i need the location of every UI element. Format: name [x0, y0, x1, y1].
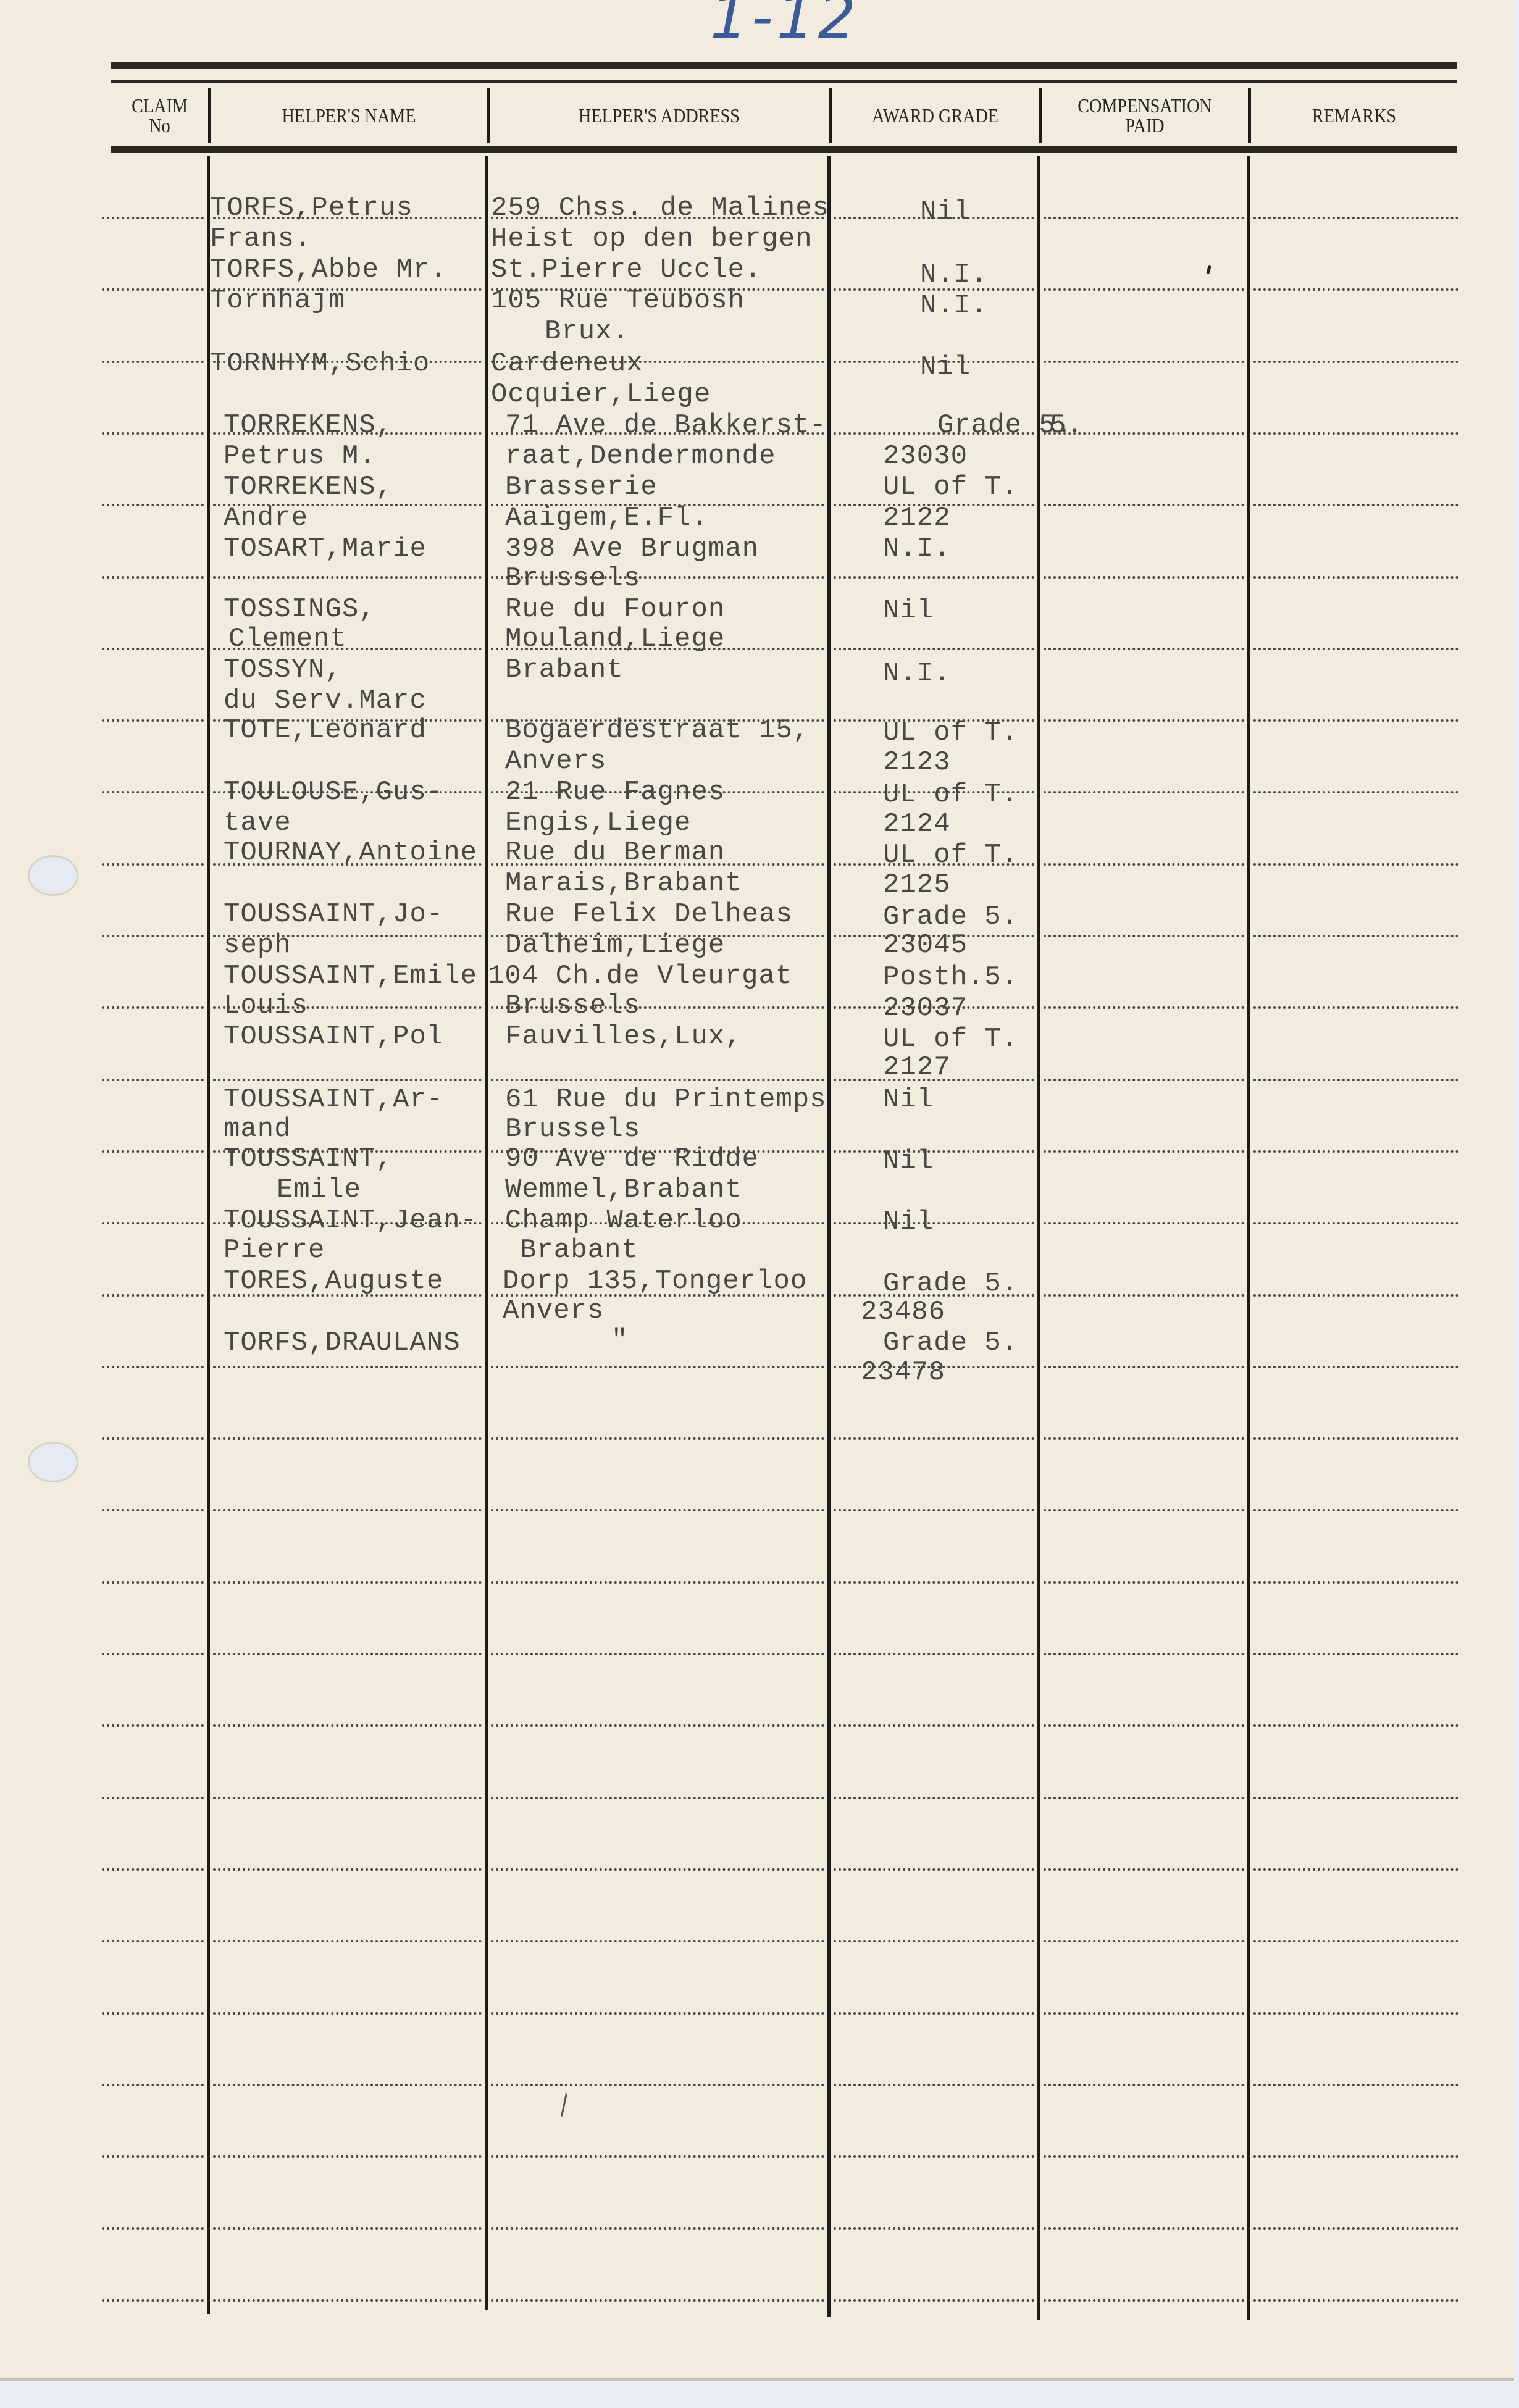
entry-award: 23030 — [883, 441, 968, 472]
row-dotted-line — [1044, 2155, 1244, 2158]
entry-award: Grade 5. — [883, 1268, 1018, 1299]
row-dotted-line — [1044, 863, 1244, 866]
row-dotted-line — [1044, 2227, 1244, 2230]
row-dotted-line — [1044, 1006, 1244, 1009]
row-dotted-line — [834, 1150, 1034, 1153]
row-dotted-line — [1253, 935, 1458, 937]
row-dotted-line — [1253, 863, 1458, 866]
row-dotted-line — [834, 2012, 1034, 2015]
row-dotted-line — [491, 1079, 824, 1081]
row-dotted-line — [1253, 1653, 1458, 1655]
row-dotted-line — [1044, 1797, 1244, 1799]
row-dotted-line — [1044, 2299, 1244, 2302]
entry-address: Dalheim,Liege — [505, 930, 725, 961]
entry-name: Tornhajm — [210, 285, 345, 316]
row-dotted-line — [102, 2155, 204, 2158]
row-dotted-line — [1044, 1366, 1244, 1368]
entry-address: raat,Dendermonde — [505, 441, 776, 472]
header-helper-name: HELPER'S NAME — [228, 85, 470, 146]
entry-address: Brussels — [505, 990, 640, 1021]
row-dotted-line — [1044, 1150, 1244, 1153]
row-dotted-line — [1044, 1653, 1244, 1655]
row-dotted-line — [102, 1150, 204, 1153]
row-dotted-line — [1253, 1079, 1458, 1081]
row-dotted-line — [1044, 2084, 1244, 2086]
row-dotted-line — [1253, 1150, 1458, 1153]
entry-name: Pierre — [224, 1235, 325, 1266]
row-dotted-line — [834, 1222, 1034, 1224]
row-dotted-line — [1253, 1940, 1458, 1942]
header-claim-no: CLAIM No — [117, 85, 202, 146]
entry-address: Brabant — [520, 1235, 638, 1266]
row-dotted-line — [1253, 1868, 1458, 1871]
entry-address: Brussels — [505, 563, 640, 594]
row-dotted-line — [102, 361, 204, 363]
row-dotted-line — [834, 2299, 1034, 2302]
entry-address: Heist op den bergen — [491, 224, 813, 254]
row-dotted-line — [491, 2012, 824, 2015]
entry-address: Ocquier,Liege — [491, 379, 711, 410]
entry-award: 23037 — [883, 993, 968, 1024]
entry-address: Fauvilles,Lux, — [505, 1021, 742, 1052]
entry-name: TOUSSAINT,Jean- — [224, 1205, 477, 1236]
header-compensation-sub: PAID — [1125, 115, 1164, 135]
entry-name: TORREKENS, — [224, 472, 393, 503]
entry-name: TOUSSAINT,Emile — [224, 961, 477, 992]
row-dotted-line — [213, 576, 482, 579]
header-award-grade: AWARD GRADE — [844, 85, 1026, 146]
row-dotted-line — [102, 1653, 204, 1655]
row-dotted-line — [213, 2084, 482, 2086]
entry-award: Nil — [920, 196, 971, 227]
row-dotted-line — [102, 1581, 204, 1584]
entry-address: Brux. — [545, 316, 629, 347]
row-dotted-line — [213, 1581, 482, 1584]
row-dotted-line — [102, 2084, 204, 2086]
entry-award: Nil — [883, 595, 934, 626]
header-divider-2 — [487, 88, 490, 143]
row-dotted-line — [102, 791, 204, 793]
row-dotted-line — [102, 863, 204, 866]
header-divider-5 — [1248, 88, 1251, 143]
entry-address: Bogaerdestraat 15, — [505, 715, 810, 746]
row-dotted-line — [102, 1724, 204, 1727]
column-line-5 — [1247, 156, 1250, 2320]
entry-name: seph — [224, 930, 291, 961]
header-claim-label: CLAIM — [132, 96, 188, 115]
header-compensation-label: COMPENSATION — [1078, 96, 1211, 115]
row-dotted-line — [1044, 2012, 1244, 2015]
row-dotted-line — [1253, 361, 1458, 363]
row-dotted-line — [213, 1509, 482, 1511]
entry-award: 2124 — [883, 809, 951, 840]
row-dotted-line — [491, 1940, 824, 1942]
row-dotted-line — [834, 1581, 1034, 1584]
row-dotted-line — [213, 1079, 482, 1081]
entry-award: Nil — [883, 1146, 934, 1177]
row-dotted-line — [1044, 576, 1244, 579]
entry-award: 2127 — [883, 1052, 951, 1083]
entry-award: N.I. — [883, 658, 951, 689]
entry-address: Anvers — [503, 1295, 604, 1326]
entry-address: 61 Rue du Printemps — [505, 1084, 827, 1115]
row-dotted-line — [1253, 1437, 1458, 1440]
entry-award: 2122 — [883, 503, 951, 533]
row-dotted-line — [834, 1437, 1034, 1440]
entry-name: Andre — [224, 503, 308, 533]
row-dotted-line — [1044, 1868, 1244, 1871]
entry-award: UL of T. — [883, 472, 1018, 503]
paper-bottom-edge — [0, 2378, 1514, 2381]
row-dotted-line — [1044, 361, 1244, 363]
entry-name: tave — [224, 808, 291, 838]
row-dotted-line — [491, 2155, 824, 2158]
entry-name: TORFS,Abbe Mr. — [210, 254, 447, 285]
entry-name: mand — [224, 1114, 291, 1145]
row-dotted-line — [102, 1940, 204, 1942]
entry-address: Anvers — [505, 746, 606, 777]
entry-name: TOURNAY,Antoine — [224, 837, 477, 868]
entry-name: TOUSSAINT,Ar- — [224, 1084, 443, 1115]
row-dotted-line — [1253, 791, 1458, 793]
entry-address: Brussels — [505, 1114, 640, 1145]
row-dotted-line — [1253, 504, 1458, 506]
entry-name: TORFS,Petrus — [210, 193, 413, 224]
entry-address: " — [611, 1325, 628, 1356]
row-dotted-line — [102, 288, 204, 291]
binder-hole-top — [28, 855, 78, 896]
row-dotted-line — [1253, 648, 1458, 650]
row-dotted-line — [491, 1653, 824, 1655]
entry-name: Louis — [224, 990, 308, 1021]
entry-address: 21 Rue Fagnes — [505, 777, 725, 808]
entry-name: TORNHYM,Schio — [210, 348, 430, 379]
row-dotted-line — [102, 2299, 204, 2302]
row-dotted-line — [102, 1509, 204, 1511]
header-claim-sub: No — [149, 115, 170, 135]
row-dotted-line — [834, 1653, 1034, 1655]
row-dotted-line — [1044, 504, 1244, 506]
row-dotted-line — [102, 576, 204, 579]
entry-award: Grade 5. — [883, 901, 1018, 932]
row-dotted-line — [491, 1509, 824, 1511]
entry-award: 2123 — [883, 747, 951, 778]
row-dotted-line — [1044, 1940, 1244, 1942]
row-dotted-line — [491, 1724, 824, 1727]
entry-name: TOUSSAINT,Pol — [224, 1021, 443, 1052]
entry-address: Rue Felix Delheas — [505, 899, 793, 930]
row-dotted-line — [1253, 2012, 1458, 2015]
entry-award: UL of T. — [883, 840, 1018, 871]
entry-address: Mouland,Liege — [505, 624, 725, 654]
row-dotted-line — [1253, 1581, 1458, 1584]
row-dotted-line — [1253, 1294, 1458, 1297]
row-dotted-line — [834, 1509, 1034, 1511]
row-dotted-line — [213, 1868, 482, 1871]
entry-award: N.I. — [883, 533, 951, 564]
entry-award: UL of T. — [883, 1024, 1018, 1055]
row-dotted-line — [491, 1797, 824, 1799]
entry-address: Engis,Liege — [505, 808, 691, 838]
row-dotted-line — [213, 2299, 482, 2302]
row-dotted-line — [102, 1079, 204, 1081]
entry-name: du Serv.Marc — [224, 685, 427, 716]
entry-address: St.Pierre Uccle. — [491, 254, 761, 285]
entry-address: Rue du Fouron — [505, 594, 725, 625]
row-dotted-line — [834, 2084, 1034, 2086]
row-dotted-line — [1044, 719, 1244, 722]
row-dotted-line — [102, 2227, 204, 2230]
row-dotted-line — [1044, 1294, 1244, 1297]
column-line-3 — [827, 156, 831, 2317]
entry-name: Frans. — [210, 224, 311, 254]
row-dotted-line — [213, 1437, 482, 1440]
row-dotted-line — [834, 2155, 1034, 2158]
entry-address: Wemmel,Brabant — [505, 1174, 742, 1205]
row-dotted-line — [491, 1366, 824, 1368]
row-dotted-line — [834, 1724, 1034, 1727]
header-divider-1 — [208, 88, 211, 143]
header-helper-address: HELPER'S ADDRESS — [510, 85, 808, 146]
row-dotted-line — [1253, 2084, 1458, 2086]
row-dotted-line — [491, 1581, 824, 1584]
row-dotted-line — [102, 1222, 204, 1224]
row-dotted-line — [1044, 1509, 1244, 1511]
row-dotted-line — [1044, 1437, 1244, 1440]
entry-award: 23478 — [861, 1357, 945, 1388]
entry-address: Dorp 135,Tongerloo — [503, 1266, 807, 1297]
entry-award: Posth.5. — [883, 962, 1018, 993]
row-dotted-line — [1044, 288, 1244, 291]
row-dotted-line — [1253, 1006, 1458, 1009]
row-dotted-line — [102, 1366, 204, 1368]
binder-hole-bottom — [28, 1442, 78, 1482]
row-dotted-line — [213, 1724, 482, 1727]
entry-name: Petrus M. — [224, 441, 376, 472]
entry-award: Grade 5. — [883, 1327, 1018, 1358]
row-dotted-line — [1253, 2299, 1458, 2302]
row-dotted-line — [1253, 2155, 1458, 2158]
row-dotted-line — [1253, 288, 1458, 291]
entry-address: Marais,Brabant — [505, 868, 742, 899]
row-dotted-line — [1253, 1797, 1458, 1799]
column-line-1 — [207, 156, 210, 2314]
row-dotted-line — [834, 1868, 1034, 1871]
row-dotted-line — [102, 2012, 204, 2015]
entry-name: TORES,Auguste — [224, 1266, 443, 1297]
row-dotted-line — [102, 1006, 204, 1009]
row-dotted-line — [834, 2227, 1034, 2230]
entry-award: 23486 — [861, 1297, 945, 1327]
entry-address: Champ Waterloo — [505, 1205, 742, 1236]
row-dotted-line — [102, 217, 204, 219]
entry-name: TORFS,DRAULANS — [224, 1327, 461, 1358]
header-bottom-thick-rule — [111, 146, 1457, 153]
entry-award: 23045 — [883, 930, 968, 961]
row-dotted-line — [491, 2227, 824, 2230]
entry-address: Cardeneux — [491, 348, 643, 379]
row-dotted-line — [213, 1940, 482, 1942]
row-dotted-line — [102, 648, 204, 650]
entry-award: N.I. — [920, 259, 988, 290]
entry-name: TOSSYN, — [224, 654, 342, 685]
column-line-4 — [1037, 156, 1040, 2320]
entry-award: Nil — [883, 1206, 934, 1237]
document-page: 1-12 CLAIM No HELPER'S NAME HELPER'S ADD… — [0, 0, 1514, 2380]
row-dotted-line — [213, 1797, 482, 1799]
row-dotted-line — [213, 2155, 482, 2158]
entry-address: Brasserie — [505, 472, 658, 503]
header-divider-3 — [829, 88, 832, 143]
row-dotted-line — [1044, 648, 1244, 650]
entry-address: Aaigem,E.Fl. — [505, 503, 708, 533]
row-dotted-line — [1253, 432, 1458, 435]
row-dotted-line — [834, 1797, 1034, 1799]
row-dotted-line — [1253, 1724, 1458, 1727]
row-dotted-line — [491, 2084, 824, 2086]
entry-address: 104 Ch.de Vleurgat — [488, 961, 792, 992]
entry-name: TOUSSAINT,Jo- — [224, 899, 443, 930]
row-dotted-line — [102, 1437, 204, 1440]
row-dotted-line — [1044, 935, 1244, 937]
entry-name: TORREKENS, — [224, 410, 393, 441]
entry-name: TOSART,Marie — [224, 533, 427, 564]
entry-award: UL of T. — [883, 779, 1018, 810]
entry-name: TOSSINGS, — [224, 594, 376, 625]
entry-name: Clement — [228, 624, 347, 654]
stray-pencil-mark — [1206, 265, 1211, 275]
entry-award: Nil — [883, 1084, 934, 1115]
row-dotted-line — [102, 432, 204, 435]
header-divider-4 — [1039, 88, 1042, 143]
row-dotted-line — [1253, 1509, 1458, 1511]
entry-name: TOULOUSE,Gus- — [224, 777, 443, 808]
entry-award: UL of T. — [883, 717, 1018, 748]
header-remarks: REMARKS — [1263, 85, 1445, 146]
row-dotted-line — [102, 935, 204, 937]
entry-award: Nil — [920, 352, 971, 383]
column-line-2 — [485, 156, 488, 2310]
entry-name: Emile — [277, 1174, 361, 1205]
header-compensation-paid: COMPENSATION PAID — [1054, 85, 1236, 146]
entry-address: 105 Rue Teubosh — [491, 285, 745, 316]
handwritten-page-number: 1-12 — [710, 0, 860, 52]
entry-address: Rue du Berman — [505, 837, 725, 868]
row-dotted-line — [834, 648, 1034, 650]
row-dotted-line — [213, 2012, 482, 2015]
row-dotted-line — [491, 1868, 824, 1871]
row-dotted-line — [491, 2299, 824, 2302]
entry-award: 2125 — [883, 869, 951, 900]
row-dotted-line — [1253, 719, 1458, 722]
row-dotted-line — [491, 1437, 824, 1440]
header-top-thin-rule — [111, 80, 1457, 83]
entry-name: TOUSSAINT, — [224, 1143, 393, 1174]
entry-address: 259 Chss. de Malines — [491, 193, 829, 224]
row-dotted-line — [102, 719, 204, 722]
row-dotted-line — [1044, 791, 1244, 793]
stray-pencil-tick — [561, 2093, 567, 2117]
row-dotted-line — [1044, 217, 1244, 219]
row-dotted-line — [213, 2227, 482, 2230]
row-dotted-line — [102, 1868, 204, 1871]
row-dotted-line — [102, 504, 204, 506]
row-dotted-line — [102, 1294, 204, 1297]
row-dotted-line — [213, 1366, 482, 1368]
entry-name: TOTE,Leonard — [224, 715, 427, 746]
row-dotted-line — [1253, 217, 1458, 219]
entry-award-overflow: 5. — [1050, 410, 1084, 441]
row-dotted-line — [1044, 1079, 1244, 1081]
row-dotted-line — [1044, 1581, 1244, 1584]
header-top-thick-rule — [111, 62, 1457, 69]
entry-address: Brabant — [505, 654, 624, 685]
entry-address: 90 Ave de Ridde — [505, 1143, 759, 1174]
row-dotted-line — [213, 1653, 482, 1655]
row-dotted-line — [102, 1797, 204, 1799]
row-dotted-line — [1253, 2227, 1458, 2230]
row-dotted-line — [834, 1940, 1034, 1942]
row-dotted-line — [1253, 1222, 1458, 1224]
row-dotted-line — [1253, 576, 1458, 579]
row-dotted-line — [1253, 1366, 1458, 1368]
entry-address: 398 Ave Brugman — [505, 533, 759, 564]
entry-award: N.I. — [920, 290, 988, 321]
entry-address: 71 Ave de Bakkerst- — [505, 410, 827, 441]
row-dotted-line — [1044, 1724, 1244, 1727]
row-dotted-line — [834, 576, 1034, 579]
row-dotted-line — [1044, 1222, 1244, 1224]
